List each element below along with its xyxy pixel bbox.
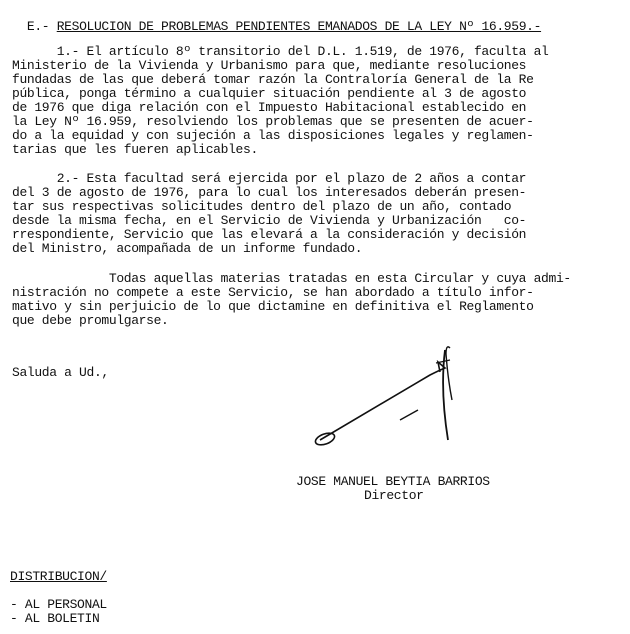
text-line: rrespondiente, Servicio que las elevará … [12,228,526,242]
text-line: mativo y sin perjuicio de lo que dictami… [12,300,534,314]
text-line: del Ministro, acompañada de un informe f… [12,242,362,256]
text-line: fundadas de las que deberá tomar razón l… [12,73,534,87]
text-line: desde la misma fecha, en el Servicio de … [12,214,526,228]
text-line: la Ley Nº 16.959, resolviendo los proble… [12,115,534,129]
signatory-name: JOSE MANUEL BEYTIA BARRIOS [296,475,490,489]
text-line: 1.- El artículo 8º transitorio del D.L. … [12,45,549,59]
text-line: que debe promulgarse. [12,314,168,328]
text-line: do a la equidad y con sujeción a las dis… [12,129,534,143]
text-line: de 1976 que diga relación con el Impuest… [12,101,526,115]
closing-salutation: Saluda a Ud., [12,366,109,380]
distribution-item: - AL BOLETIN [10,612,99,626]
text-line: tar sus respectivas solicitudes dentro d… [12,200,511,214]
text-line: tarias que les fueren aplicables. [12,143,258,157]
text-line: nistración no compete a este Servicio, s… [12,286,534,300]
signature-image [300,340,480,460]
signatory-title: Director [364,489,424,503]
text-line: Todas aquellas materias tratadas en esta… [12,272,571,286]
distribution-item: - AL PERSONAL [10,598,107,612]
text-line: 2.- Esta facultad será ejercida por el p… [12,172,526,186]
text-line: Ministerio de la Vivienda y Urbanismo pa… [12,59,526,73]
text-line: del 3 de agosto de 1976, para lo cual lo… [12,186,526,200]
text-line: pública, ponga término a cualquier situa… [12,87,526,101]
section-heading: E.- RESOLUCION DE PROBLEMAS PENDIENTES E… [12,6,541,34]
distribution-heading: DISTRIBUCION/ [10,570,107,584]
heading-title: RESOLUCION DE PROBLEMAS PENDIENTES EMANA… [57,19,541,34]
heading-prefix: E.- [27,19,57,34]
